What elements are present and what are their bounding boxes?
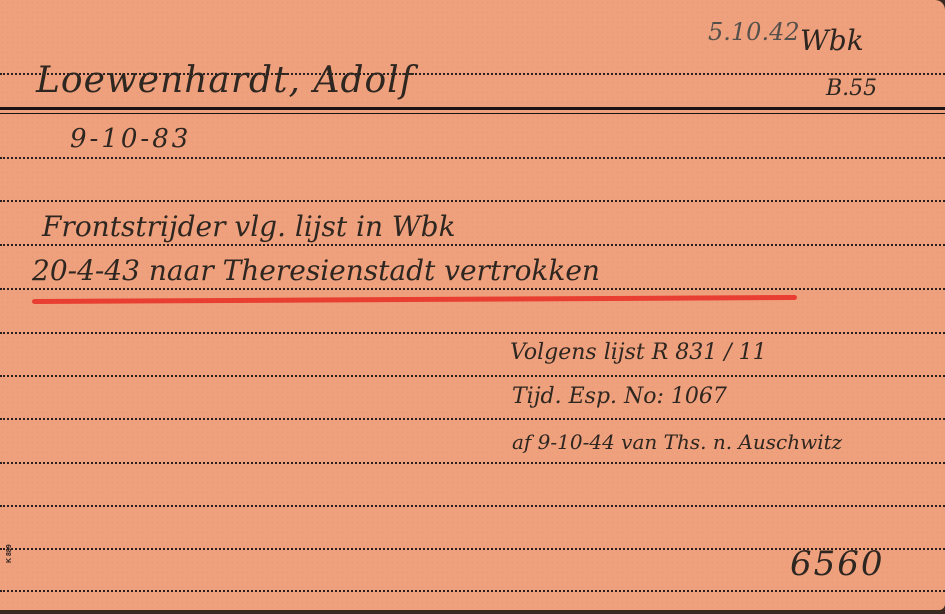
- entry-frontstrijder: Frontstrijder vlg. lijst in Wbk: [42, 210, 456, 243]
- note-transfer: af 9-10-44 van Ths. n. Auschwitz: [512, 430, 842, 454]
- entry-deportation: 20-4-43 naar Theresienstadt vertrokken: [32, 254, 600, 287]
- header-divider-thin: [0, 113, 945, 114]
- ruled-line: [0, 505, 945, 507]
- ruled-line: [0, 418, 945, 420]
- ruled-line: [0, 200, 945, 202]
- note-exp-number: Tijd. Esp. No: 1067: [512, 384, 727, 409]
- card-number: 6560: [790, 544, 885, 584]
- ruled-line: [0, 462, 945, 464]
- birth-date: 9-10-83: [70, 124, 191, 154]
- red-underline: [32, 295, 797, 304]
- ruled-line: [0, 590, 945, 592]
- ruled-line: [0, 375, 945, 377]
- ruled-line: [0, 244, 945, 246]
- ruled-line: [0, 332, 945, 334]
- block-code: B.55: [826, 76, 877, 101]
- ruled-line: [0, 288, 945, 290]
- note-list-reference: Volgens lijst R 831 / 11: [510, 340, 767, 365]
- archive-index-card: Loewenhardt, Adolf 5.10.42 Wbk B.55 9-10…: [0, 0, 945, 610]
- initials: Wbk: [800, 24, 864, 57]
- person-name: Loewenhardt, Adolf: [36, 60, 414, 101]
- ruled-line: [0, 157, 945, 159]
- header-divider: [0, 107, 945, 110]
- print-code: K 889: [6, 544, 13, 563]
- date-stamp: 5.10.42: [708, 18, 800, 46]
